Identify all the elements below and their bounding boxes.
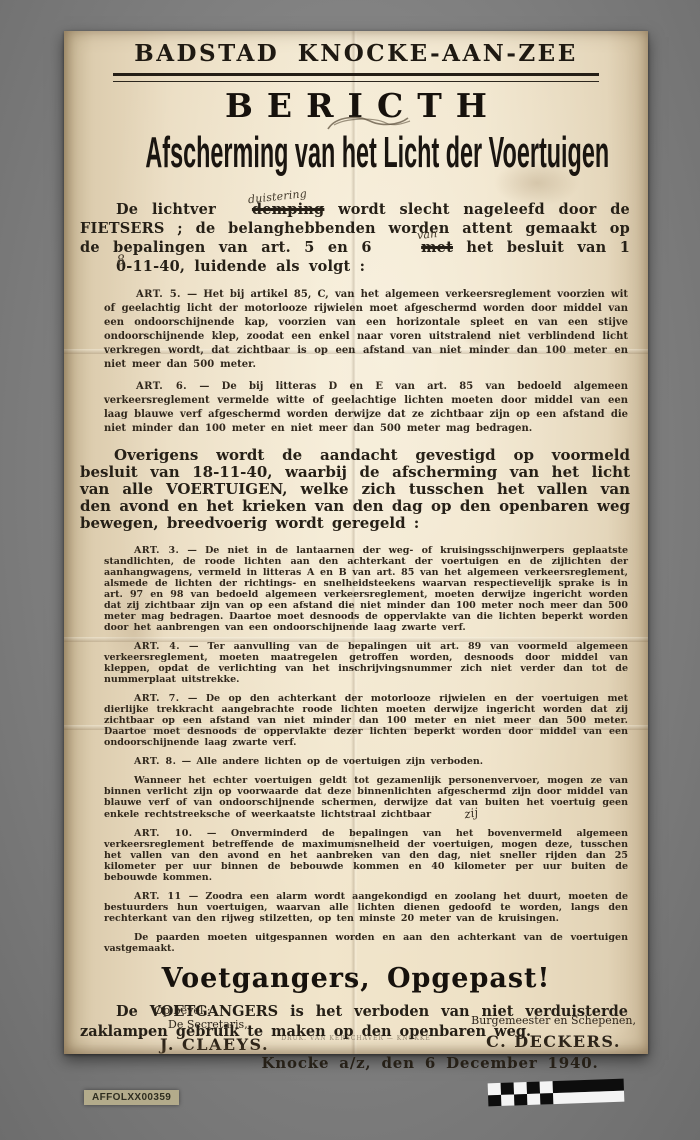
article-text: — De niet in de lantaarnen der weg- of k… xyxy=(104,545,628,633)
intro-text: De lichtver xyxy=(116,201,216,218)
article-label: ART. 5. xyxy=(136,289,181,300)
municipality-header: BADSTAD KNOCKE-AAN-ZEE xyxy=(80,41,632,67)
calibration-cell xyxy=(501,1082,514,1094)
pedestrians-heading: Voetgangers, Opgepast! xyxy=(80,964,632,994)
calibration-cell xyxy=(514,1094,527,1106)
calibration-cell xyxy=(488,1083,501,1095)
article-text: — De op den achterkant der motorlooze ri… xyxy=(104,693,628,748)
article-paragraph: ART. 3. — De niet in de lantaarnen der w… xyxy=(104,545,628,633)
poster-subtitle: Afscherming van het Licht der Voertuigen xyxy=(145,132,609,176)
article-text: — Het bij artikel 85, C, van het algemee… xyxy=(104,289,628,370)
calibration-cell xyxy=(540,1081,553,1093)
article-paragraph: ART. 6. — De bij litteras D en E van art… xyxy=(104,380,628,436)
signature-line: De Secretaris, xyxy=(168,1018,269,1032)
signature-secretary: Op bevel : De Secretaris, J. CLAEYS. xyxy=(154,1004,269,1052)
calibration-cell xyxy=(501,1094,514,1106)
calibration-cell xyxy=(488,1094,501,1106)
intro-text: -11-40, luidende als volgt : xyxy=(126,258,365,275)
poster-content: BADSTAD KNOCKE-AAN-ZEE BERICTH Afschermi… xyxy=(64,31,648,1054)
article-text: — Alle andere lichten op de voertuigen z… xyxy=(182,756,484,767)
article-text: Wanneer het echter voertuigen geldt tot … xyxy=(104,775,628,820)
calibration-cell xyxy=(527,1093,540,1105)
archive-photo: BADSTAD KNOCKE-AAN-ZEE BERICTH Afschermi… xyxy=(0,0,700,1140)
article-label: ART. 11 xyxy=(134,891,181,902)
article-label: ART. 4. xyxy=(134,641,180,652)
article-paragraph: ART. 11 — Zoodra een alarm wordt aangeko… xyxy=(104,891,628,924)
header-rule-divider xyxy=(113,73,599,82)
calibration-bar-white xyxy=(553,1090,624,1104)
article-paragraph: ART. 8. — Alle andere lichten op de voer… xyxy=(104,756,628,767)
notice-paragraph: Overigens wordt de aandacht gevestigd op… xyxy=(80,447,630,532)
intro-text: het besluit van 1 xyxy=(466,239,630,256)
article-label: ART. 6. xyxy=(136,381,187,392)
poster-paper: BADSTAD KNOCKE-AAN-ZEE BERICTH Afschermi… xyxy=(64,31,648,1054)
article-label: ART. 7. xyxy=(134,693,179,704)
article-paragraph: ART. 10. — Onverminderd de bepalingen va… xyxy=(104,828,628,883)
article-paragraph: ART. 7. — De op den achterkant der motor… xyxy=(104,693,628,748)
signature-line: Burgemeester en Schepenen, xyxy=(471,1014,636,1028)
catalog-label: AFFOLXX00359 xyxy=(84,1090,179,1105)
poster-subtitle-row: Afscherming van het Licht der Voertuigen xyxy=(80,132,632,178)
calibration-cell xyxy=(527,1082,540,1094)
article-text: — Zoodra een alarm wordt aangekondigd en… xyxy=(104,891,628,924)
intro-paragraph: De lichtverdempingduistering wordt slech… xyxy=(80,200,630,276)
article-paragraph: ART. 4. — Ter aanvulling van de bepaling… xyxy=(104,641,628,685)
handwritten-word: zij xyxy=(434,807,479,825)
article-paragraph: De paarden moeten uitgespannen worden en… xyxy=(104,932,628,954)
calibration-cell xyxy=(540,1093,553,1105)
article-label: ART. 10. xyxy=(134,828,192,839)
article-paragraph: ART. 5. — Het bij artikel 85, C, van het… xyxy=(104,288,628,372)
article-label: ART. 3. xyxy=(134,545,179,556)
dateline: Knocke a/z, den 6 December 1940. xyxy=(80,1054,632,1072)
article-text: De paarden moeten uitgespannen worden en… xyxy=(104,932,628,954)
calibration-cell xyxy=(514,1082,527,1094)
article-text: — Ter aanvulling van de bepalingen uit a… xyxy=(104,641,628,685)
signature-line: Op bevel : xyxy=(154,1004,269,1018)
signature-mayor: Burgemeester en Schepenen, C. DECKERS. xyxy=(471,1014,636,1049)
printer-imprint: DRUK. VAN KERSCHAVER — KNOKKE xyxy=(64,1035,648,1042)
article-label: ART. 8. xyxy=(134,756,176,767)
calibration-strip xyxy=(488,1079,625,1107)
article-paragraph: Wanneer het echter voertuigen geldt tot … xyxy=(104,775,628,820)
